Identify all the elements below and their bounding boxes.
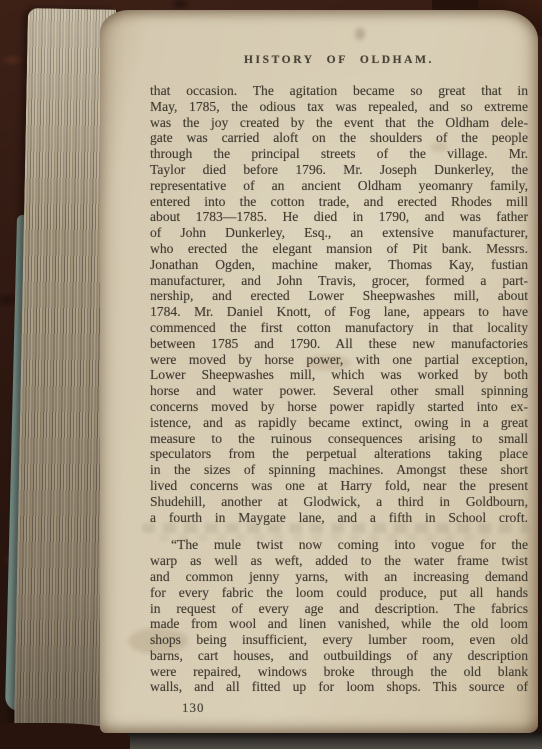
text-line: made from wool and linen vanished, while…: [150, 616, 528, 632]
text-line: nership, and erected Lower Sheepwashes m…: [150, 288, 528, 304]
text-line: concerns moved by horse power rapidly st…: [150, 399, 528, 415]
text-column: HISTORY OF OLDHAM. that occasion. The ag…: [150, 54, 528, 716]
text-line: May, 1785, the odious tax was repealed, …: [150, 99, 528, 115]
bleedthrough-text: [142, 523, 530, 533]
text-line: horse and water power. Several other sma…: [150, 383, 528, 399]
text-line: was the joy created by the event that th…: [150, 115, 528, 131]
book-scan: HISTORY OF OLDHAM. that occasion. The ag…: [0, 0, 542, 749]
text-line: manufacturer, and John Travis, grocer, f…: [150, 273, 528, 289]
paragraph: that occasion. The agitation became so g…: [150, 83, 528, 525]
text-line: about 1783—1785. He died in 1790, and wa…: [150, 209, 528, 225]
text-line: and common jenny yarns, with an increasi…: [150, 569, 528, 585]
text-line: lived concerns was one at Harry fold, ne…: [150, 478, 528, 494]
text-line: entered into the cotton trade, and erect…: [150, 194, 528, 210]
text-line: of John Dunkerley, Esq., an extensive ma…: [150, 225, 528, 241]
text-line: through the principal streets of the vil…: [150, 146, 528, 162]
text-line: shops being insufficient, every lumber r…: [150, 632, 528, 648]
text-line: speculators from the perpetual alteratio…: [150, 446, 528, 462]
bleedthrough-text: [160, 534, 488, 541]
text-line: in request of every age and description.…: [150, 601, 528, 617]
text-line: warp as well as weft, added to the water…: [150, 553, 528, 569]
paragraph: “The mule twist now coming into vogue fo…: [150, 537, 528, 695]
text-line: commenced the first cotton manufactory i…: [150, 320, 528, 336]
text-line: Jonathan Ogden, machine maker, Thomas Ka…: [150, 257, 528, 273]
text-line: were moved by horse power, with one part…: [150, 352, 528, 368]
text-line: Shudehill, another at Glodwick, a third …: [150, 494, 528, 510]
text-line: representative of an ancient Oldham yeom…: [150, 178, 528, 194]
text-line: who erected the elegant mansion of Pit b…: [150, 241, 528, 257]
text-line: 1784. Mr. Daniel Knott, of Fog lane, app…: [150, 304, 528, 320]
running-header: HISTORY OF OLDHAM.: [150, 54, 528, 66]
text-line: that occasion. The agitation became so g…: [150, 83, 528, 99]
text-line: for every fabric the loom could produce,…: [150, 585, 528, 601]
book-page: HISTORY OF OLDHAM. that occasion. The ag…: [100, 10, 538, 733]
text-body: that occasion. The agitation became so g…: [150, 83, 528, 695]
text-line: walls, and all fitted up for loom shops.…: [150, 679, 528, 695]
text-line: gate was carried aloft on the shoulders …: [150, 130, 528, 146]
text-line: between 1785 and 1790. All these new man…: [150, 336, 528, 352]
text-line: Lower Sheepwashes mill, which was worked…: [150, 367, 528, 383]
text-line: measure to the ruinous consequences aris…: [150, 431, 528, 447]
page-number: 130: [182, 700, 528, 716]
text-line: were repaired, windows broke through the…: [150, 664, 528, 680]
text-line: Taylor died before 1796. Mr. Joseph Dunk…: [150, 162, 528, 178]
text-line: istence, and as rapidly became extinct, …: [150, 415, 528, 431]
text-line: barns, cart houses, and outbuildings of …: [150, 648, 528, 664]
foxing-spot: [355, 28, 365, 40]
text-line: in the sizes of spinning machines. Among…: [150, 462, 528, 478]
